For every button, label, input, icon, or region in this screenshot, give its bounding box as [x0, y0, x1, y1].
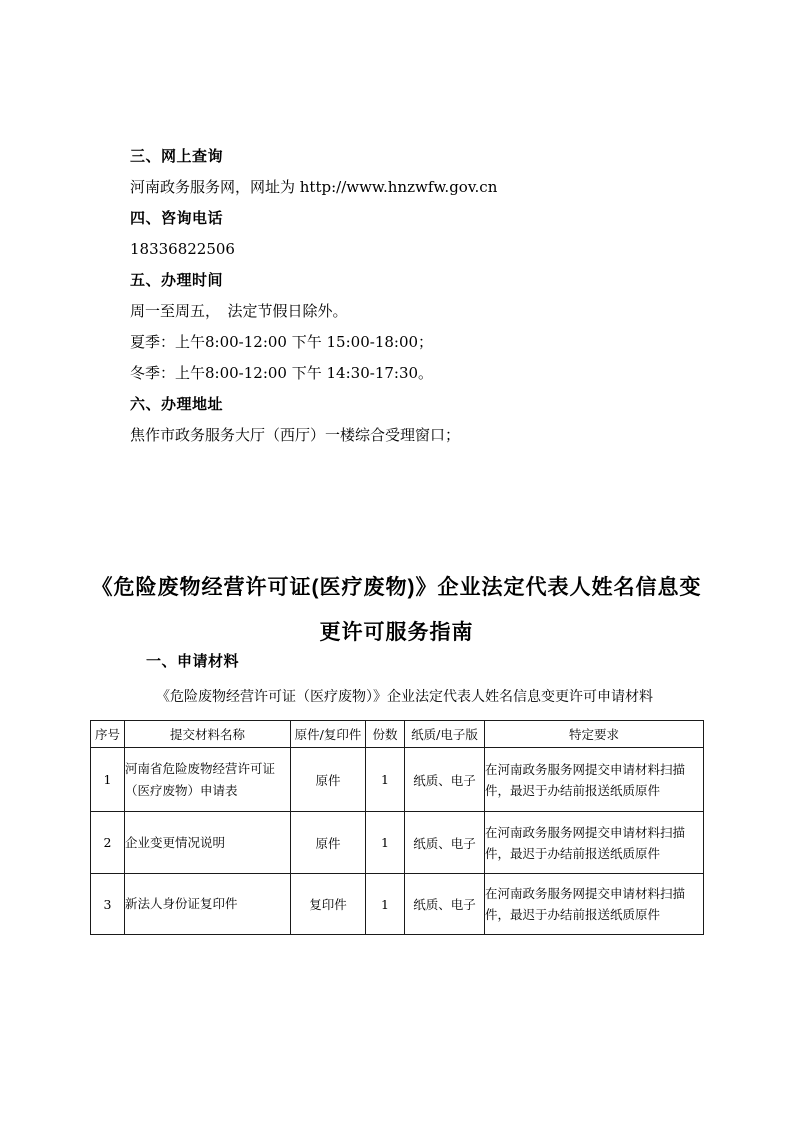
material-name: 企业变更情况说明 [125, 812, 291, 874]
paper-electronic-value: 纸质、电子 [405, 812, 485, 874]
materials-table: 序号 提交材料名称 原件/复印件 份数 纸质/电子版 特定要求 1 河南省危险废… [90, 720, 704, 935]
material-name: 新法人身份证复印件 [125, 874, 291, 935]
guide-title-line-1: 《危险废物经营许可证(医疗废物)》企业法定代表人姓名信息变 [0, 565, 793, 610]
original-copy-value: 原件 [291, 748, 366, 812]
online-inquiry-url-text: 河南政务服务网，网址为 http://www.hnzwfw.gov.cn [130, 172, 497, 203]
hours-winter: 冬季：上午8:00-12:00 下午 14:30-17:30。 [130, 358, 497, 389]
table-row: 1 河南省危险废物经营许可证（医疗废物）申请表 原件 1 纸质、电子 在河南政务… [91, 748, 704, 812]
section-heading-online-inquiry: 三、网上查询 [130, 141, 497, 172]
original-copy-value: 复印件 [291, 874, 366, 935]
col-header-special-requirements: 特定要求 [485, 721, 704, 748]
col-header-material-name: 提交材料名称 [125, 721, 291, 748]
original-copy-value: 原件 [291, 812, 366, 874]
materials-table-caption: 《危险废物经营许可证（医疗废物）》企业法定代表人姓名信息变更许可申请材料 [156, 687, 653, 707]
hours-summer: 夏季：上午8:00-12:00 下午 15:00-18:00； [130, 327, 497, 358]
copies-value: 1 [366, 812, 405, 874]
col-header-copies: 份数 [366, 721, 405, 748]
special-requirement-text: 在河南政务服务网提交申请材料扫描件，最迟于办结前报送纸质原件 [485, 812, 704, 874]
special-requirement-text: 在河南政务服务网提交申请材料扫描件，最迟于办结前报送纸质原件 [485, 748, 704, 812]
paper-electronic-value: 纸质、电子 [405, 748, 485, 812]
section-heading-phone: 四、咨询电话 [130, 203, 497, 234]
guide-title: 《危险废物经营许可证(医疗废物)》企业法定代表人姓名信息变 更许可服务指南 [0, 565, 793, 655]
section-heading-hours: 五、办理时间 [130, 265, 497, 296]
guide-title-line-2: 更许可服务指南 [0, 610, 793, 655]
paper-electronic-value: 纸质、电子 [405, 874, 485, 935]
address-text: 焦作市政务服务大厅（西厅）一楼综合受理窗口； [130, 420, 497, 451]
row-number: 1 [91, 748, 125, 812]
table-row: 2 企业变更情况说明 原件 1 纸质、电子 在河南政务服务网提交申请材料扫描件，… [91, 812, 704, 874]
copies-value: 1 [366, 874, 405, 935]
info-sections: 三、网上查询 河南政务服务网，网址为 http://www.hnzwfw.gov… [130, 141, 497, 451]
document-page: 三、网上查询 河南政务服务网，网址为 http://www.hnzwfw.gov… [0, 0, 793, 1122]
phone-number: 18336822506 [130, 234, 497, 265]
section-heading-application-materials: 一、申请材料 [146, 652, 239, 672]
col-header-paper-electronic: 纸质/电子版 [405, 721, 485, 748]
row-number: 3 [91, 874, 125, 935]
col-header-original-copy: 原件/复印件 [291, 721, 366, 748]
copies-value: 1 [366, 748, 405, 812]
material-name: 河南省危险废物经营许可证（医疗废物）申请表 [125, 748, 291, 812]
section-heading-address: 六、办理地址 [130, 389, 497, 420]
special-requirement-text: 在河南政务服务网提交申请材料扫描件，最迟于办结前报送纸质原件 [485, 874, 704, 935]
table-header-row: 序号 提交材料名称 原件/复印件 份数 纸质/电子版 特定要求 [91, 721, 704, 748]
table-row: 3 新法人身份证复印件 复印件 1 纸质、电子 在河南政务服务网提交申请材料扫描… [91, 874, 704, 935]
row-number: 2 [91, 812, 125, 874]
col-header-number: 序号 [91, 721, 125, 748]
hours-weekdays: 周一至周五， 法定节假日除外。 [130, 296, 497, 327]
